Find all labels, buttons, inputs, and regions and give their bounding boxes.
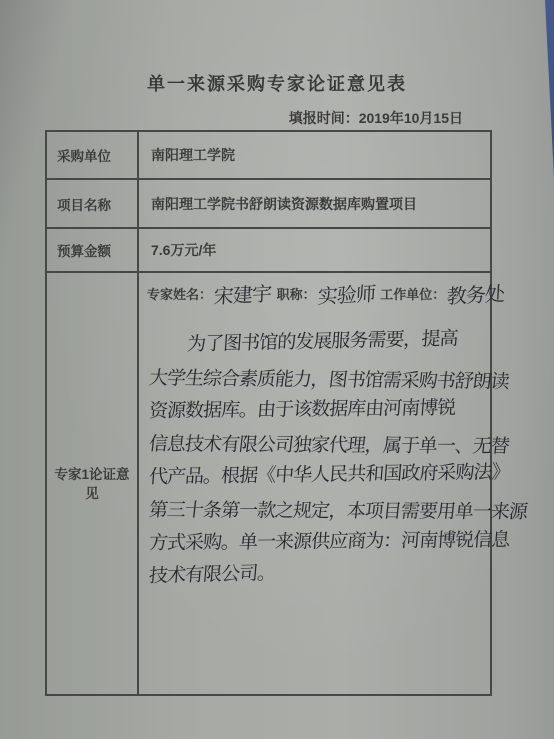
expert-header-line: 专家姓名：宋建宇 职称：实验师 工作单位：教务处 [147, 279, 506, 308]
table-row-purchaser: 采购单位 南阳理工学院 [47, 132, 490, 180]
fill-time-value: 2019年10月15日 [359, 110, 463, 126]
photo-backdrop: 单一来源采购专家论证意见表 填报时间：2019年10月15日 采购单位 南阳理工… [0, 0, 554, 739]
opinion-line: 资源数据库。由于该数据库由河南博锐 [148, 391, 491, 428]
expert-title-handwritten: 实验师 [317, 278, 376, 310]
page-title: 单一来源采购专家论证意见表 [0, 70, 554, 96]
table-row-budget: 预算金额 7.6万元/年 [47, 229, 490, 273]
table-row-expert-opinion: 专家1论证意见 专家姓名：宋建宇 职称：实验师 工作单位：教务处 为了图书馆的发… [47, 273, 490, 694]
row-value-budget: 7.6万元/年 [139, 229, 490, 271]
opinion-form-table: 采购单位 南阳理工学院 项目名称 南阳理工学院书舒朗读资源数据库购置项目 预算金… [45, 130, 492, 696]
fill-time-label: 填报时间： [289, 110, 359, 126]
row-label-project-name: 项目名称 [47, 180, 139, 227]
row-label-expert-opinion: 专家1论证意见 [47, 273, 139, 694]
expert-name-label: 专家姓名： [147, 287, 212, 302]
paper-sheet: 单一来源采购专家论证意见表 填报时间：2019年10月15日 采购单位 南阳理工… [0, 0, 554, 739]
row-label-purchaser: 采购单位 [47, 132, 139, 178]
expert-unit-label: 工作单位： [380, 287, 445, 302]
row-value-purchaser: 南阳理工学院 [139, 132, 490, 178]
table-row-project-name: 项目名称 南阳理工学院书舒朗读资源数据库购置项目 [47, 180, 490, 229]
opinion-line: 为了图书馆的发展服务需要，提高 [148, 322, 491, 362]
opinion-line: 技术有限公司。 [148, 552, 491, 593]
expert-opinion-cell: 专家姓名：宋建宇 职称：实验师 工作单位：教务处 为了图书馆的发展服务需要，提高… [139, 273, 490, 694]
handwritten-opinion: 为了图书馆的发展服务需要，提高 大学生综合素质能力，图书馆需采购书舒朗读 资源数… [149, 329, 489, 593]
opinion-line: 代产品。根据《中华人民共和国政府采购法》 [148, 456, 491, 494]
fill-time: 填报时间：2019年10月15日 [0, 108, 463, 128]
row-value-project-name: 南阳理工学院书舒朗读资源数据库购置项目 [139, 180, 490, 227]
row-label-budget: 预算金额 [47, 229, 139, 271]
expert-name-handwritten: 宋建宇 [213, 278, 272, 310]
expert-title-label: 职称： [277, 287, 316, 302]
expert-unit-handwritten: 教务处 [446, 278, 505, 310]
